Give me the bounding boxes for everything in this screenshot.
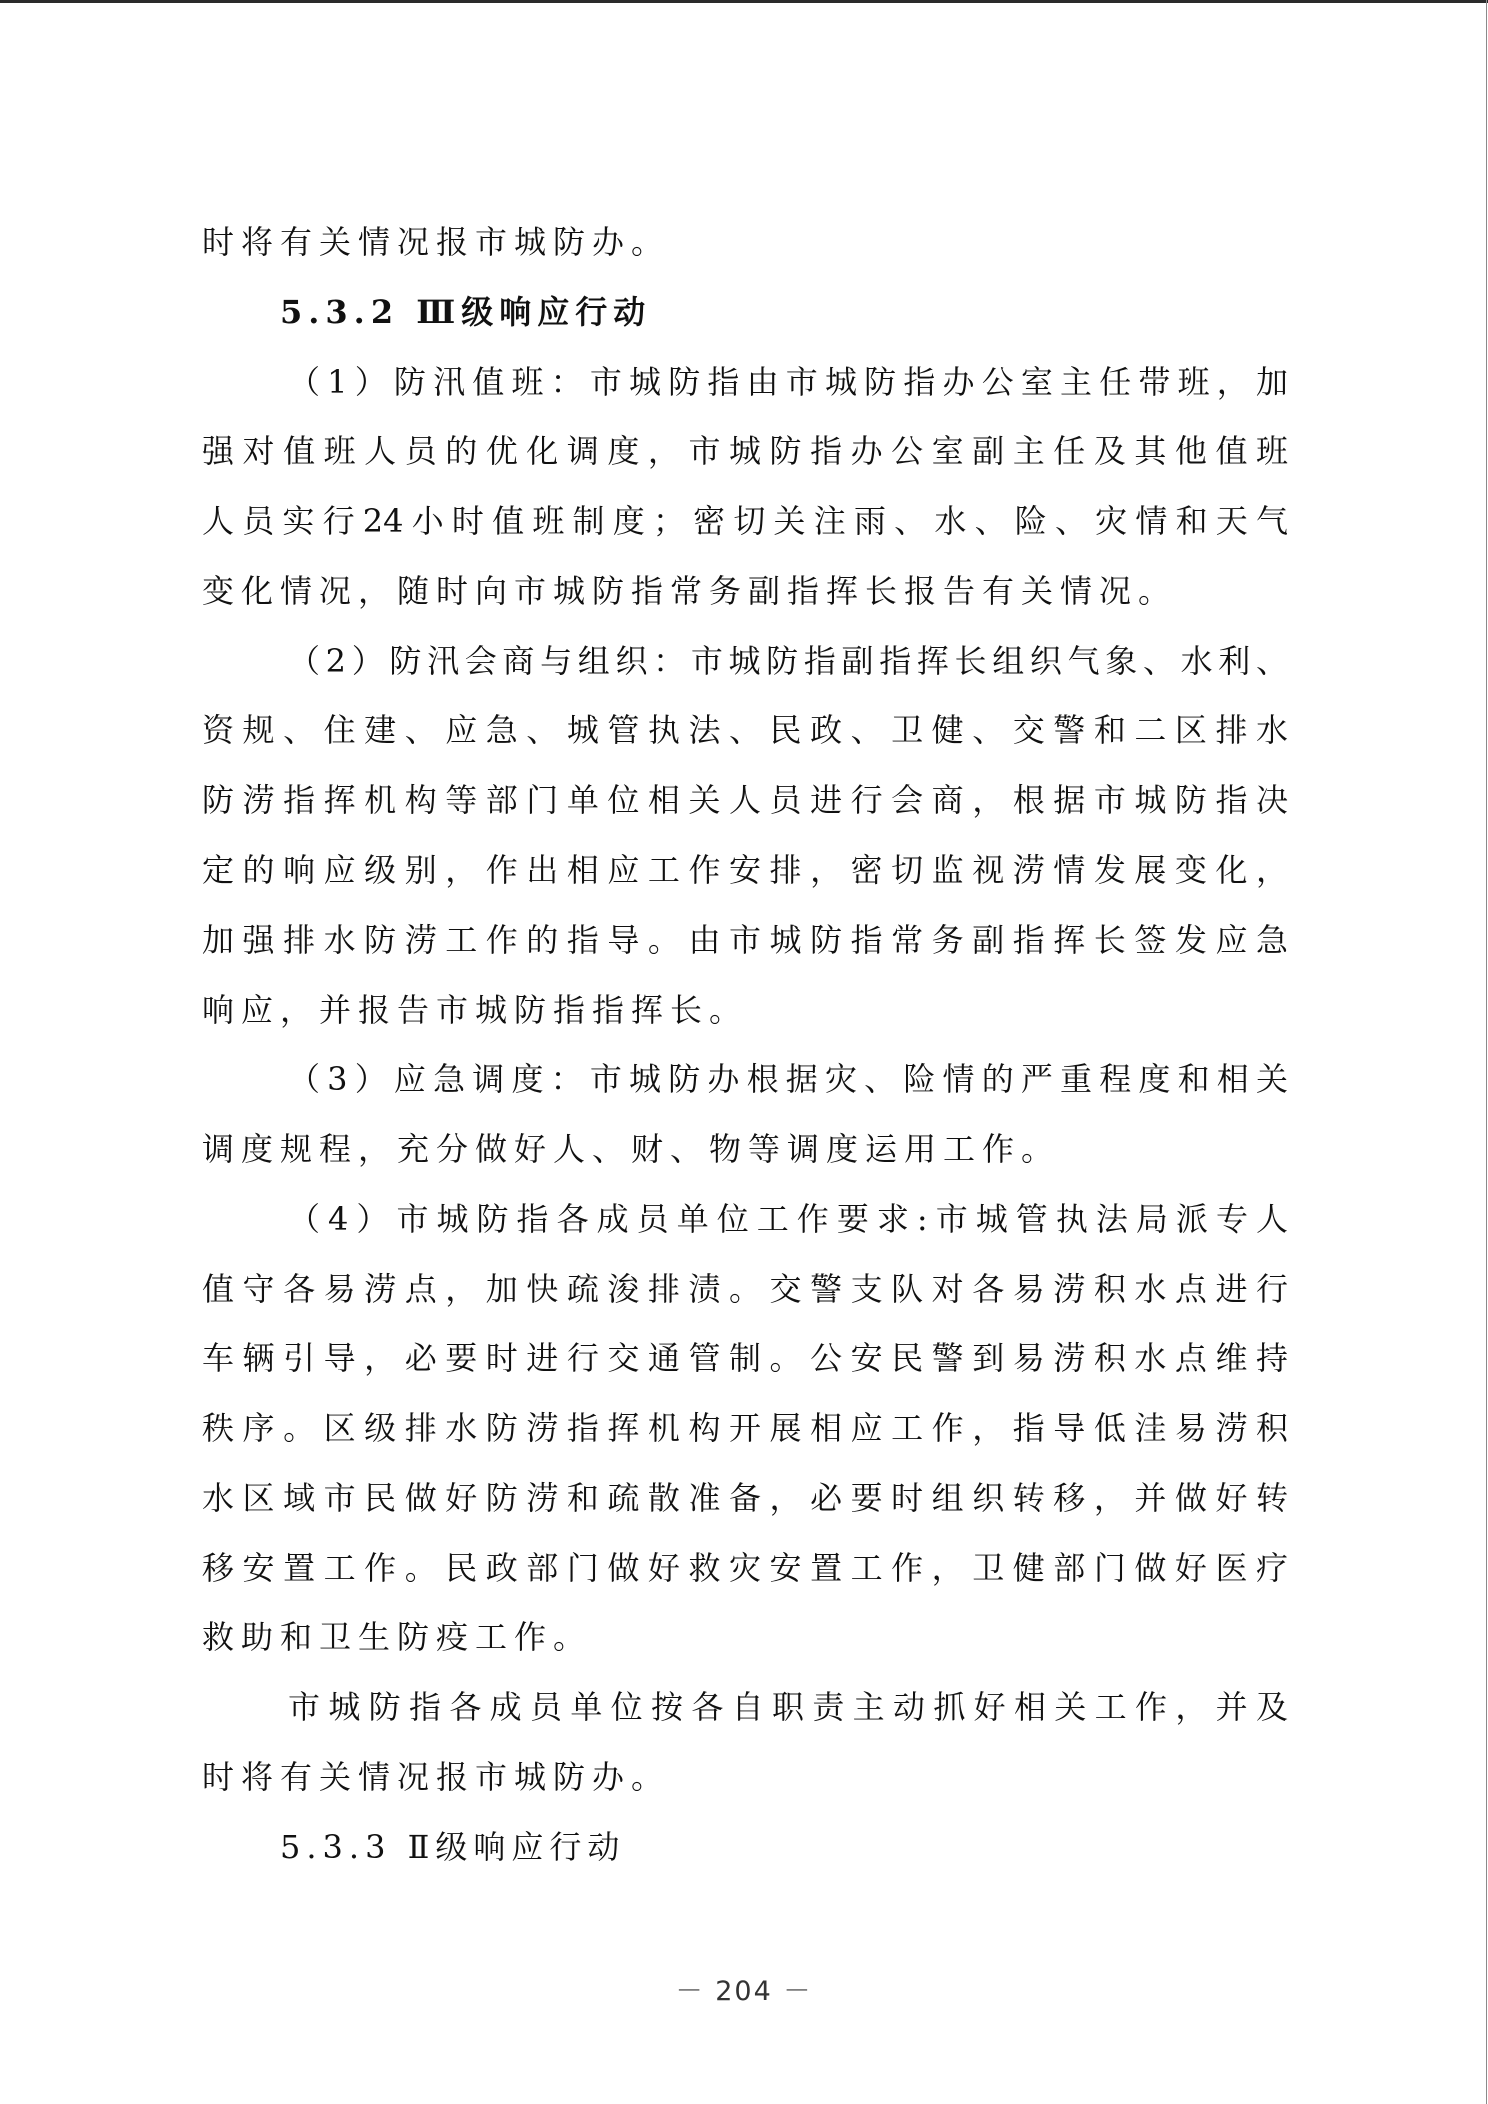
text-line: 救助和卫生防疫工作。 (202, 1614, 1288, 1660)
text-line: （3）应急调度：市城防办根据灾、险情的严重程度和相关 (288, 1056, 1288, 1102)
text-line: 车辆引导，必要时进行交通管制。公安民警到易涝积水点维持 (202, 1335, 1288, 1381)
text-line: 防涝指挥机构等部门单位相关人员进行会商，根据市城防指决 (202, 777, 1288, 823)
page-right-border (1486, 0, 1487, 2104)
text-line: 资规、住建、应急、城管执法、民政、卫健、交警和二区排水 (202, 707, 1288, 753)
text-line: 强对值班人员的优化调度，市城防指办公室副主任及其他值班 (202, 428, 1288, 474)
section-heading-5-3-3: 5.3.3 Ⅱ级响应行动 (280, 1824, 880, 1870)
page-top-border (0, 0, 1488, 3)
text-line: 值守各易涝点，加快疏浚排渍。交警支队对各易涝积水点进行 (202, 1266, 1288, 1312)
text-line: 市城防指各成员单位按各自职责主动抓好相关工作，并及 (288, 1684, 1288, 1730)
text-line: 人员实行24小时值班制度；密切关注雨、水、险、灾情和天气 (202, 498, 1288, 544)
text-line: 水区域市民做好防涝和疏散准备，必要时组织转移，并做好转 (202, 1475, 1288, 1521)
text-line: 变化情况，随时向市城防指常务副指挥长报告有关情况。 (202, 568, 1288, 614)
text-line: （1）防汛值班：市城防指由市城防指办公室主任带班，加 (288, 359, 1288, 405)
page-number: － 204 － (0, 1974, 1488, 2010)
text-line: 时将有关情况报市城防办。 (202, 1754, 1288, 1800)
text-line: 响应，并报告市城防指指挥长。 (202, 987, 1288, 1033)
section-heading-5-3-2: 5.3.2 Ⅲ级响应行动 (280, 289, 880, 335)
text-line: 加强排水防涝工作的指导。由市城防指常务副指挥长签发应急 (202, 917, 1288, 963)
text-line: 移安置工作。民政部门做好救灾安置工作，卫健部门做好医疗 (202, 1545, 1288, 1591)
text-line: （4）市城防指各成员单位工作要求:市城管执法局派专人 (288, 1196, 1288, 1242)
text-line: 秩序。区级排水防涝指挥机构开展相应工作，指导低洼易涝积 (202, 1405, 1288, 1451)
text-line: 定的响应级别，作出相应工作安排，密切监视涝情发展变化， (202, 847, 1288, 893)
text-line: （2）防汛会商与组织：市城防指副指挥长组织气象、水利、 (288, 638, 1288, 684)
text-line: 调度规程，充分做好人、财、物等调度运用工作。 (202, 1126, 1288, 1172)
text-line: 时将有关情况报市城防办。 (202, 219, 1288, 265)
